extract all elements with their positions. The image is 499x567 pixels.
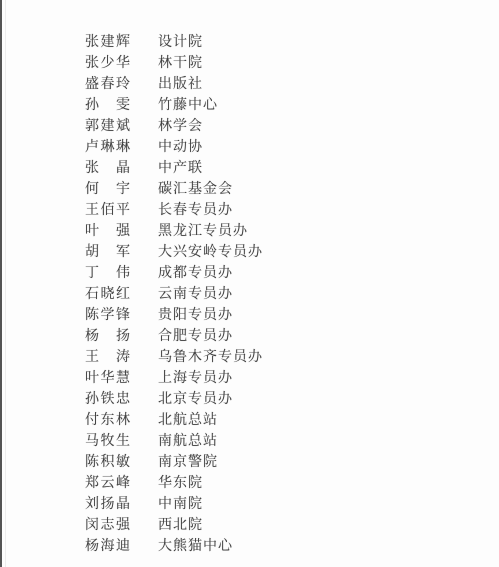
organization-name: 大熊猫中心	[158, 536, 233, 557]
organization-name: 南航总站	[158, 431, 218, 452]
left-edge-rule-faint	[5, 0, 6, 567]
left-edge-rule	[0, 0, 2, 567]
list-item: 王佰平长春专员办	[85, 200, 499, 221]
list-item: 杨扬合肥专员办	[85, 326, 499, 347]
list-item: 叶华慧上海专员办	[85, 368, 499, 389]
name-org-roster: 张建辉设计院 张少华林干院 盛春玲出版社 孙雯竹藤中心 郭建斌林学会 卢琳琳中动…	[85, 32, 499, 557]
list-item: 郭建斌林学会	[85, 116, 499, 137]
list-item: 石晓红云南专员办	[85, 284, 499, 305]
person-name: 陈积敏	[85, 452, 130, 473]
person-name: 叶华慧	[85, 368, 130, 389]
person-name: 杨海迪	[85, 536, 130, 557]
list-item: 胡军大兴安岭专员办	[85, 242, 499, 263]
person-name: 王涛	[85, 347, 130, 368]
organization-name: 西北院	[158, 515, 203, 536]
organization-name: 北京专员办	[158, 389, 233, 410]
organization-name: 长春专员办	[158, 200, 233, 221]
person-name: 石晓红	[85, 284, 130, 305]
person-name: 陈学锋	[85, 305, 130, 326]
list-item: 陈积敏南京警院	[85, 452, 499, 473]
person-name: 张建辉	[85, 32, 130, 53]
organization-name: 林干院	[158, 53, 203, 74]
list-item: 陈学锋贵阳专员办	[85, 305, 499, 326]
list-item: 叶强黑龙江专员办	[85, 221, 499, 242]
organization-name: 黑龙江专员办	[158, 221, 248, 242]
person-name: 张晶	[85, 158, 130, 179]
organization-name: 出版社	[158, 74, 203, 95]
person-name: 孙铁忠	[85, 389, 130, 410]
document-page: 张建辉设计院 张少华林干院 盛春玲出版社 孙雯竹藤中心 郭建斌林学会 卢琳琳中动…	[0, 0, 499, 567]
person-name: 叶强	[85, 221, 130, 242]
organization-name: 竹藤中心	[158, 95, 218, 116]
person-name: 卢琳琳	[85, 137, 130, 158]
list-item: 卢琳琳中动协	[85, 137, 499, 158]
list-item: 孙铁忠北京专员办	[85, 389, 499, 410]
organization-name: 中动协	[158, 137, 203, 158]
list-item: 郑云峰华东院	[85, 473, 499, 494]
person-name: 盛春玲	[85, 74, 130, 95]
organization-name: 北航总站	[158, 410, 218, 431]
organization-name: 云南专员办	[158, 284, 233, 305]
person-name: 闵志强	[85, 515, 130, 536]
list-item: 王涛乌鲁木齐专员办	[85, 347, 499, 368]
organization-name: 中南院	[158, 494, 203, 515]
list-item: 盛春玲出版社	[85, 74, 499, 95]
person-name: 郭建斌	[85, 116, 130, 137]
person-name: 孙雯	[85, 95, 130, 116]
organization-name: 林学会	[158, 116, 203, 137]
person-name: 刘扬晶	[85, 494, 130, 515]
person-name: 何宇	[85, 179, 130, 200]
organization-name: 碳汇基金会	[158, 179, 233, 200]
list-item: 杨海迪大熊猫中心	[85, 536, 499, 557]
list-item: 马牧生南航总站	[85, 431, 499, 452]
list-item: 张建辉设计院	[85, 32, 499, 53]
person-name: 丁伟	[85, 263, 130, 284]
list-item: 张少华林干院	[85, 53, 499, 74]
list-item: 刘扬晶中南院	[85, 494, 499, 515]
organization-name: 南京警院	[158, 452, 218, 473]
organization-name: 华东院	[158, 473, 203, 494]
list-item: 何宇碳汇基金会	[85, 179, 499, 200]
organization-name: 乌鲁木齐专员办	[158, 347, 263, 368]
person-name: 付东林	[85, 410, 130, 431]
organization-name: 成都专员办	[158, 263, 233, 284]
list-item: 丁伟成都专员办	[85, 263, 499, 284]
organization-name: 贵阳专员办	[158, 305, 233, 326]
organization-name: 合肥专员办	[158, 326, 233, 347]
list-item: 孙雯竹藤中心	[85, 95, 499, 116]
organization-name: 上海专员办	[158, 368, 233, 389]
person-name: 马牧生	[85, 431, 130, 452]
list-item: 付东林北航总站	[85, 410, 499, 431]
person-name: 张少华	[85, 53, 130, 74]
organization-name: 设计院	[158, 32, 203, 53]
person-name: 王佰平	[85, 200, 130, 221]
organization-name: 大兴安岭专员办	[158, 242, 263, 263]
list-item: 闵志强西北院	[85, 515, 499, 536]
organization-name: 中产联	[158, 158, 203, 179]
person-name: 胡军	[85, 242, 130, 263]
list-item: 张晶中产联	[85, 158, 499, 179]
person-name: 杨扬	[85, 326, 130, 347]
person-name: 郑云峰	[85, 473, 130, 494]
